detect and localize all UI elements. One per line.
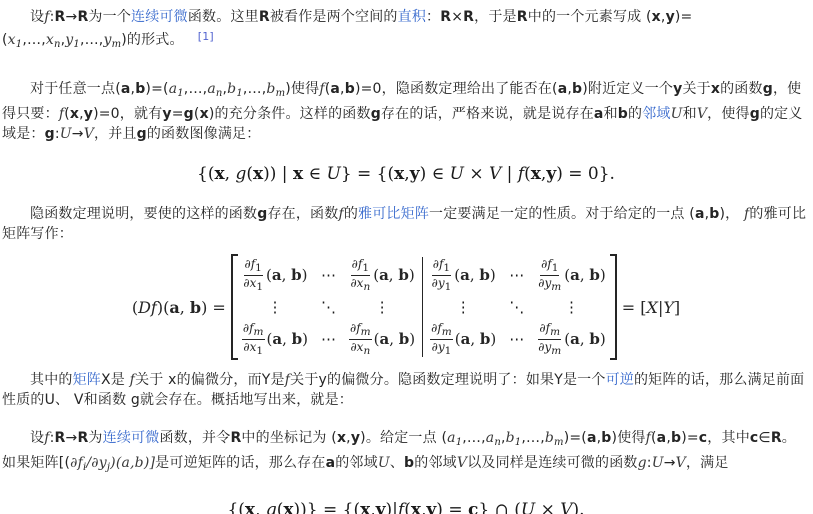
partial-derivative-fraction: ∂fm∂x1 <box>242 321 265 357</box>
jacobian-lhs: (Df)(a, b) = <box>132 298 231 317</box>
text-run: ) = <box>436 500 468 514</box>
text-run: a <box>558 81 568 97</box>
text-run: U <box>60 126 72 142</box>
text-run: y <box>84 106 93 122</box>
text-run: 1 <box>255 262 262 274</box>
text-run: U <box>378 455 390 471</box>
text-run: Y <box>663 298 674 317</box>
text-run: ,…, <box>521 430 545 446</box>
matrix-dots: ⋯ <box>321 330 336 348</box>
partial-derivative-fraction: ∂f1∂y1 <box>431 257 453 293</box>
text-run: c <box>468 500 478 514</box>
fraction-numerator: ∂f1 <box>244 257 263 276</box>
text-run: × <box>464 164 489 184</box>
text-run: 关于 <box>682 81 710 97</box>
fraction-numerator: ∂f1 <box>351 257 370 276</box>
text-run: )使得 <box>612 430 646 446</box>
text-run: , <box>389 266 399 284</box>
wiki-link[interactable]: 可逆 <box>606 372 634 388</box>
partial-derivative-fraction: ∂f1∂xn <box>349 257 371 293</box>
text-run: a <box>447 430 456 446</box>
text-run: a <box>379 266 389 284</box>
text-run: = [ <box>617 298 647 317</box>
text-run: R <box>517 9 528 25</box>
text-run: U <box>652 455 664 471</box>
matrix-dots: ⋱ <box>509 298 524 316</box>
text-run: , <box>470 330 480 348</box>
text-run: )=( <box>145 81 168 97</box>
text-run: V <box>697 106 707 122</box>
text-run: V <box>84 126 94 142</box>
text-run: 关于 x的偏微分，而Y是 <box>135 372 285 388</box>
text-run: b <box>506 430 515 446</box>
text-run: m <box>361 326 371 338</box>
matrix-entry: ∂f1∂y1(a, b) <box>431 257 496 293</box>
text-run: a <box>461 330 471 348</box>
text-run: ∂y <box>538 276 551 290</box>
matrix-dots: ⋯ <box>321 266 336 284</box>
text-run: x <box>360 500 370 514</box>
text-run: b <box>618 106 628 122</box>
text-run: × <box>535 500 560 514</box>
text-run: a <box>169 81 178 97</box>
fraction-numerator: ∂fm <box>242 321 265 340</box>
text-run: a <box>330 81 340 97</box>
text-run: ∂f <box>243 321 254 335</box>
matrix-dots: ⋯ <box>509 330 524 348</box>
text-run: Df <box>138 298 157 317</box>
text-run: ,…, <box>243 81 267 97</box>
text-run: , <box>470 266 480 284</box>
text-run: ) <box>600 330 606 348</box>
matrix-left-bracket <box>231 254 238 360</box>
text-run: x <box>215 164 225 184</box>
formula-jacobian-matrix: (Df)(a, b) = ∂f1∂x1(a, b)⋯∂f1∂xn(a, b)⋮⋱… <box>2 254 810 360</box>
text-run: R <box>55 9 66 25</box>
text-run: 设 <box>30 430 44 446</box>
text-run: V <box>489 164 501 184</box>
text-run: b <box>190 298 201 317</box>
text-run: ∂y <box>91 455 107 471</box>
text-run: ∂f <box>352 257 363 271</box>
text-run: a <box>121 81 131 97</box>
text-run: , <box>225 164 236 184</box>
text-run: U <box>326 164 340 184</box>
partial-derivative-fraction: ∂f1∂ym <box>537 257 562 293</box>
text-run: ∂y <box>538 340 551 354</box>
text-run: ∂f <box>70 455 83 471</box>
text-run: 1 <box>362 262 369 274</box>
text-run: 1 <box>445 345 452 357</box>
text-run: R <box>259 9 270 25</box>
text-run: 的邻域 <box>414 455 457 471</box>
wiki-link[interactable]: 连续可微 <box>103 430 160 446</box>
text-run: 函数，并令 <box>159 430 230 446</box>
text-run: b <box>345 81 355 97</box>
text-run: {( <box>227 500 244 514</box>
text-run: a <box>169 298 179 317</box>
text-run: ) <box>409 266 415 284</box>
text-run: m <box>550 326 560 338</box>
text-run: n <box>54 39 61 50</box>
text-run: y <box>103 32 111 48</box>
jacobian-rhs: = [X|Y] <box>617 298 680 317</box>
text-run: )( <box>157 298 169 317</box>
wiki-link[interactable]: 连续可微 <box>131 9 188 25</box>
text-run: ∂x <box>350 340 363 354</box>
paragraph-formal-statement: 设f:R→R为连续可微函数，并令R中的坐标记为 (x,y)。给定一点 (a1,…… <box>2 428 810 478</box>
text-run: ) ∈ <box>420 164 450 184</box>
text-run: ，其中 <box>707 430 750 446</box>
matrix-right-bracket <box>610 254 617 360</box>
fraction-numerator: ∂f1 <box>432 257 451 276</box>
text-run: a <box>326 455 336 471</box>
matrix-entry: ∂f1∂xn(a, b) <box>349 257 414 293</box>
text-run: y <box>426 500 436 514</box>
paragraph-theorem-statement: 对于任意一点(a,b)=(a1,…,an,b1,…,bm)使得f(a,b)=0，… <box>2 79 810 144</box>
text-run: b <box>291 266 302 284</box>
text-run: y <box>666 9 675 25</box>
matrix-entry: ∂fm∂ym(a, b) <box>537 321 605 357</box>
text-run: g <box>235 164 246 184</box>
text-run: )， <box>720 206 745 222</box>
text-run: ∂f <box>245 257 256 271</box>
text-run: x <box>70 106 79 122</box>
text-run: m <box>112 39 122 50</box>
text-run: g <box>750 106 760 122</box>
text-run: ，并且 <box>94 126 137 142</box>
text-run: ,…, <box>184 81 208 97</box>
text-run: ( <box>246 164 253 184</box>
text-run: ： <box>426 9 440 25</box>
text-run: g <box>184 106 194 122</box>
text-run: ∂f <box>539 321 550 335</box>
fraction-numerator: ∂fm <box>430 321 453 340</box>
text-run: )=( <box>564 430 587 446</box>
text-run: | <box>501 164 518 184</box>
paragraph-setup-function: 设f:R→R为一个连续可微函数。这里R被看作是两个空间的直积：R×R，于是R中的… <box>2 7 810 55</box>
text-run: 和 <box>604 106 618 122</box>
text-run: )(a,b)] <box>110 455 155 471</box>
text-run: b <box>227 81 236 97</box>
text-run: x <box>46 32 54 48</box>
text-run: 1 <box>552 262 559 274</box>
matrix-entry: ∂fm∂y1(a, b) <box>430 321 496 357</box>
text-run: , <box>580 330 590 348</box>
text-run: ) = 0}. <box>556 164 615 184</box>
article-content: 设f:R→R为一个连续可微函数。这里R被看作是两个空间的直积：R×R，于是R中的… <box>0 0 813 514</box>
text-run: a <box>207 81 216 97</box>
text-run: ) <box>302 330 308 348</box>
text-run: b <box>398 266 409 284</box>
text-run: b <box>480 330 491 348</box>
text-run: 设 <box>30 9 44 25</box>
paragraph-matrix-explanation: 其中的矩阵X是 f关于 x的偏微分，而Y是f关于y的偏微分。隐函数定理说明了：如… <box>2 370 810 410</box>
text-run: 为一个 <box>88 9 131 25</box>
paragraph-jacobian-intro: 隐函数定理说明，要使的这样的函数g存在，函数f的雅可比矩阵一定要满足一定的性质。… <box>2 204 810 244</box>
text-run: b <box>266 81 275 97</box>
text-run: , <box>282 266 292 284</box>
text-run: a <box>657 430 667 446</box>
text-run: b <box>671 430 681 446</box>
text-run: 隐函数定理说明，要使的这样的函数 <box>30 206 257 222</box>
text-run: R <box>463 9 474 25</box>
fraction-denominator: ∂y1 <box>431 276 453 294</box>
text-run: ∈ <box>758 430 770 446</box>
matrix-dots: ⋱ <box>321 298 336 316</box>
text-run: ∂x <box>243 340 256 354</box>
text-run: x <box>652 9 661 25</box>
text-run: → <box>66 430 78 446</box>
text-run: m <box>551 345 561 357</box>
text-run: R <box>77 430 88 446</box>
text-run: 的函数 <box>720 81 763 97</box>
text-run: g <box>763 81 773 97</box>
fraction-denominator: ∂x1 <box>242 276 264 294</box>
text-run: n <box>216 88 223 99</box>
text-run: a <box>460 266 470 284</box>
text-run: g <box>266 500 277 514</box>
text-run: ( <box>404 500 411 514</box>
matrix-x-block: ∂f1∂x1(a, b)⋯∂f1∂xn(a, b)⋮⋱⋮∂fm∂x1(a, b)… <box>242 257 415 357</box>
text-run: 1 <box>256 281 263 293</box>
text-run: n <box>494 437 501 448</box>
text-run: , <box>389 330 399 348</box>
text-run: 的函数图像满足： <box>147 126 261 142</box>
text-run: 对于任意一点( <box>30 81 121 97</box>
text-run: a <box>570 266 580 284</box>
text-run: b <box>404 455 414 471</box>
text-run: × <box>451 9 463 25</box>
text-run: ∂y <box>432 340 445 354</box>
text-run: 1 <box>443 262 450 274</box>
text-run: x <box>293 164 303 184</box>
matrix-dots: ⋮ <box>267 298 282 316</box>
text-run: 的邻域 <box>335 455 378 471</box>
text-run: y <box>410 164 420 184</box>
text-run: ) <box>302 266 308 284</box>
text-run: ∂y <box>432 276 445 290</box>
text-run: ). <box>573 500 585 514</box>
text-run: 的 <box>344 206 358 222</box>
fraction-denominator: ∂ym <box>537 276 562 294</box>
text-run: ) <box>490 330 496 348</box>
text-run: a <box>587 430 597 446</box>
partial-derivative-fraction: ∂fm∂xn <box>349 321 372 357</box>
text-run: R <box>55 430 66 446</box>
fraction-denominator: ∂y1 <box>431 340 453 358</box>
text-run: b <box>399 330 410 348</box>
text-run: n <box>363 281 370 293</box>
text-run: 中的一个元素写成 ( <box>528 9 652 25</box>
text-run: b <box>135 81 145 97</box>
text-run: a <box>380 330 390 348</box>
formula-level-set-equality: {(x, g(x))} = {(x,y)|f(x,y) = c} ∩ (U × … <box>2 500 810 514</box>
partial-derivative-fraction: ∂f1∂x1 <box>242 257 264 293</box>
text-run: ,…, <box>80 32 104 48</box>
text-run: ∂f <box>431 321 442 335</box>
text-run: } = {( <box>341 164 394 184</box>
text-run: x <box>394 164 404 184</box>
text-run: 其中的 <box>30 372 73 388</box>
text-run: g <box>257 206 267 222</box>
text-run: g <box>137 126 147 142</box>
wiki-link[interactable]: 雅可比矩阵 <box>358 206 429 222</box>
text-run: g <box>371 106 381 122</box>
text-run: x <box>8 32 16 48</box>
text-run: ( <box>524 164 531 184</box>
text-run: R <box>440 9 451 25</box>
text-run: 存在，函数 <box>267 206 338 222</box>
text-run: m <box>554 437 564 448</box>
text-run: 一定要满足一定的性质。对于给定的一点 ( <box>429 206 695 222</box>
text-run: a <box>695 206 705 222</box>
text-run: n <box>363 345 370 357</box>
text-run: 函数。这里 <box>188 9 259 25</box>
text-run: x <box>337 430 346 446</box>
text-run: V <box>457 455 467 471</box>
text-run: y <box>376 500 386 514</box>
text-run: X <box>647 298 658 317</box>
text-run: )=0，隐函数定理给出了能否在( <box>355 81 558 97</box>
fraction-denominator: ∂ym <box>537 340 562 358</box>
text-run: b <box>479 266 490 284</box>
text-run: x <box>531 164 541 184</box>
matrix-entry: ∂fm∂x1(a, b) <box>242 321 308 357</box>
text-run: 1 <box>256 345 263 357</box>
text-run: y <box>546 164 556 184</box>
text-run: = <box>172 106 184 122</box>
text-run: ∂f <box>433 257 444 271</box>
text-run: ) <box>600 266 606 284</box>
text-run: x <box>711 81 720 97</box>
text-run: V <box>676 455 686 471</box>
text-run: ))} = {( <box>294 500 361 514</box>
text-run: → <box>664 455 676 471</box>
text-run: , <box>282 330 292 348</box>
reference-link[interactable]: [1] <box>198 30 214 43</box>
partial-derivative-fraction: ∂fm∂ym <box>537 321 562 357</box>
text-run: ，于是 <box>474 9 517 25</box>
text-run: , <box>255 500 266 514</box>
text-run: R <box>230 430 241 446</box>
fraction-denominator: ∂x1 <box>242 340 264 358</box>
formula-graph-set-equality: {(x, g(x)) | x ∈ U} = {(x,y) ∈ U × V | f… <box>2 164 810 184</box>
text-run: → <box>72 126 84 142</box>
text-run: m <box>551 281 561 293</box>
text-run: b <box>589 330 600 348</box>
text-run: g <box>45 126 55 142</box>
text-run: )) | <box>263 164 293 184</box>
text-run: )使得 <box>285 81 319 97</box>
fraction-denominator: ∂xn <box>349 276 371 294</box>
text-run: ,…, <box>462 430 486 446</box>
text-run: a <box>570 330 580 348</box>
text-run: )= <box>681 430 699 446</box>
text-run: )的充分条件。这样的函数 <box>209 106 371 122</box>
text-run: ) <box>490 266 496 284</box>
text-run: y <box>351 430 360 446</box>
text-run: )=0，就有 <box>93 106 162 122</box>
text-run: g <box>638 455 647 471</box>
text-run: 为 <box>88 430 102 446</box>
text-run: m <box>254 326 264 338</box>
text-run: 中的坐标记为 ( <box>241 430 337 446</box>
text-run: 存在的话，严格来说，就是说存在 <box>381 106 594 122</box>
text-run: ) = <box>201 298 231 317</box>
text-run: ) <box>409 330 415 348</box>
text-run: R <box>77 9 88 25</box>
text-run: m <box>276 88 286 99</box>
text-run: x <box>253 164 263 184</box>
text-run: ，使得 <box>707 106 750 122</box>
text-run: } ∩ ( <box>478 500 521 514</box>
text-run: X是 <box>101 372 130 388</box>
text-run: U <box>521 500 535 514</box>
text-run: R <box>771 430 782 446</box>
text-run: {( <box>197 164 214 184</box>
matrix-body: ∂f1∂x1(a, b)⋯∂f1∂xn(a, b)⋮⋱⋮∂fm∂x1(a, b)… <box>238 254 610 360</box>
text-run: ∂f <box>541 257 552 271</box>
matrix-entry: ∂fm∂xn(a, b) <box>349 321 415 357</box>
text-run: 是可逆矩阵的话，那么存在 <box>155 455 325 471</box>
text-run: U <box>450 164 464 184</box>
text-run: 、 <box>390 455 404 471</box>
text-run: )附近定义一个 <box>582 81 673 97</box>
matrix-dots: ⋮ <box>564 298 579 316</box>
text-run: b <box>545 430 554 446</box>
fraction-denominator: ∂xn <box>349 340 371 358</box>
wiki-link[interactable]: 邻域 <box>642 106 670 122</box>
text-run: ∂f <box>350 321 361 335</box>
matrix-entry: ∂f1∂x1(a, b) <box>242 257 307 293</box>
text-run: , <box>180 298 190 317</box>
wiki-link[interactable]: 直积 <box>398 9 426 25</box>
text-run: y <box>162 106 171 122</box>
text-run: x <box>283 500 293 514</box>
text-run: b <box>601 430 611 446</box>
matrix-dots: ⋮ <box>456 298 471 316</box>
text-run: 关于y的偏微分。隐函数定理说明了：如果Y是一个 <box>290 372 605 388</box>
fraction-numerator: ∂fm <box>349 321 372 340</box>
fraction-numerator: ∂f1 <box>540 257 559 276</box>
text-run: V <box>560 500 572 514</box>
text-run: 的 <box>628 106 642 122</box>
matrix-dots: ⋯ <box>509 266 524 284</box>
partial-derivative-fraction: ∂fm∂y1 <box>430 321 453 357</box>
text-run: ] <box>674 298 680 317</box>
matrix-column-divider <box>422 257 423 357</box>
text-run: )。给定一点 ( <box>360 430 447 446</box>
text-run: 被看作是两个空间的 <box>270 9 398 25</box>
text-run: → <box>66 9 78 25</box>
text-run: b <box>572 81 582 97</box>
text-run: )的形式。 <box>121 32 183 48</box>
text-run: b <box>589 266 600 284</box>
text-run: U <box>671 106 683 122</box>
text-run: 以及同样是连续可微的函数 <box>467 455 637 471</box>
matrix-dots: ⋮ <box>375 298 390 316</box>
text-run: a <box>272 266 282 284</box>
matrix-entry: ∂f1∂ym(a, b) <box>537 257 605 293</box>
wiki-link[interactable]: 矩阵 <box>73 372 101 388</box>
text-run: 和 <box>683 106 697 122</box>
text-run: b <box>292 330 303 348</box>
text-run: ∈ <box>303 164 326 184</box>
text-run: ∂x <box>350 276 363 290</box>
text-run: x <box>411 500 421 514</box>
text-run: x <box>245 500 255 514</box>
